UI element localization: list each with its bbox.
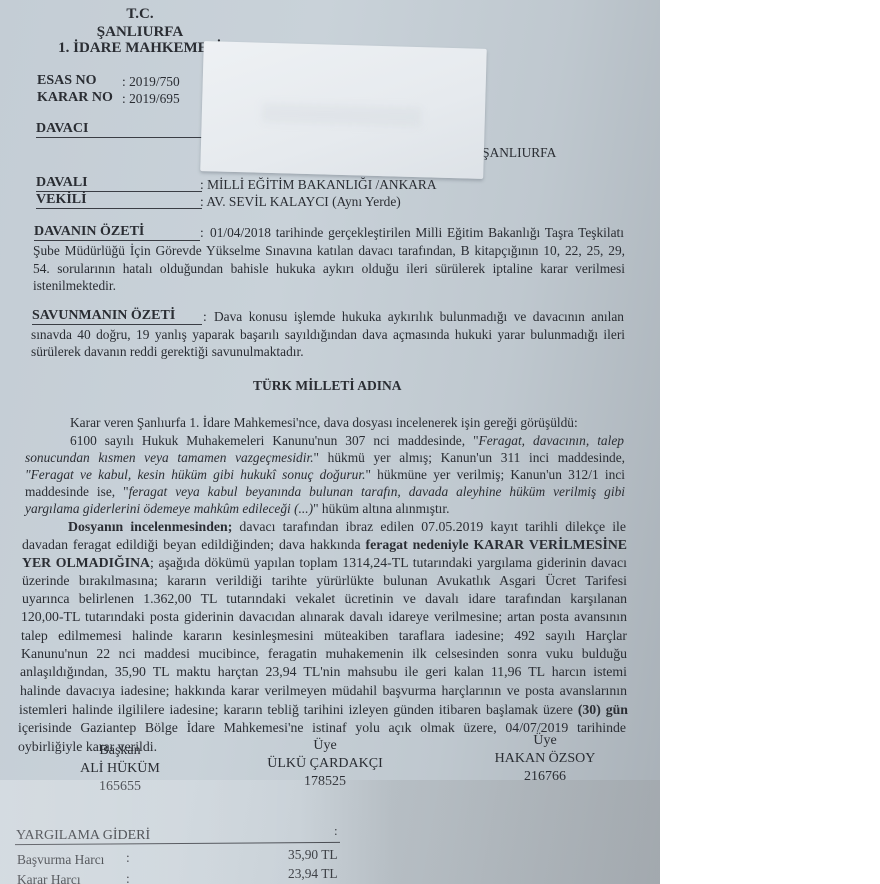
- savunmanin-ozeti-line-1: Dava konusu işlemde hukuka aykırılık bul…: [214, 309, 624, 325]
- text-run: " hüküm altına alınmıştır.: [313, 501, 449, 516]
- body-p3-line-10: halinde davacıya iadesine; hakkında kara…: [20, 683, 627, 699]
- davanin-ozeti-colon: :: [200, 225, 204, 241]
- text-run: " hükmü yer almış; Kanun'un 311 inci mad…: [314, 450, 625, 465]
- savunmanin-ozeti-colon: :: [203, 309, 207, 325]
- body-p3-line-1: Dosyanın incelenmesinden; davacı tarafın…: [68, 519, 626, 535]
- davanin-ozeti-line-3: 54. sorularının hatalı olduğundan bahisl…: [33, 261, 625, 277]
- text-run: davacı tarafından ibraz edilen 07.05.201…: [232, 519, 626, 534]
- karar-no-value: : 2019/695: [122, 91, 180, 107]
- davanin-ozeti-line-4: istenilmektedir.: [33, 278, 116, 294]
- davaci-underline: [36, 137, 202, 138]
- signature-role: Üye: [260, 737, 390, 755]
- signature-role: Başkan: [70, 742, 170, 760]
- body-p3-line-3: YER OLMADIĞINA; aşağıda dökümü yapılan t…: [22, 555, 627, 571]
- savunmanin-ozeti-line-2: sınavda 40 doğru, 19 yanlış yaparak başa…: [31, 327, 625, 343]
- bold-run: YER OLMADIĞINA: [22, 555, 150, 570]
- body-p2-line-4: maddesinde ise, "feragat veya kabul beya…: [25, 484, 625, 500]
- body-p3-line-6: 120,00-TL tutarındaki posta giderinin da…: [21, 609, 627, 625]
- signature-name: ÜLKÜ ÇARDAKÇI: [260, 755, 390, 773]
- text-run: " hükmüne yer verilmiş; Kanun'un 312/1 i…: [365, 467, 625, 482]
- signature-number: 178525: [260, 773, 390, 791]
- signature-member-1: Üye ÜLKÜ ÇARDAKÇI 178525: [260, 737, 390, 791]
- vekili-label: VEKİLİ: [36, 192, 87, 208]
- court-decision-document: T.C. ŞANLIURFA 1. İDARE MAHKEMESİ ESAS N…: [0, 0, 660, 884]
- bold-run: Dosyanın incelenmesinden;: [68, 519, 232, 534]
- esas-no-label: ESAS NO: [37, 73, 97, 89]
- header-city: ŞANLIURFA: [30, 24, 250, 41]
- redaction-sticker: [200, 41, 487, 179]
- document-title: TÜRK MİLLETİ ADINA: [253, 378, 402, 394]
- body-p2-line-1: 6100 sayılı Hukuk Muhakemeleri Kanunu'nu…: [70, 433, 624, 449]
- esas-no-value: : 2019/750: [122, 74, 180, 90]
- davanin-ozeti-line-1: 01/04/2018 tarihinde gerçekleştirilen Mi…: [210, 225, 624, 241]
- body-p3-line-4: üzerinde bırakılmasına; kararın verildiğ…: [22, 573, 627, 589]
- vekili-value: : AV. SEVİL KALAYCI (Aynı Yerde): [200, 194, 401, 210]
- body-p3-line-11: istemleri halinde ilgililere iadesine; k…: [19, 702, 628, 718]
- header-tc: T.C.: [30, 6, 250, 23]
- cost-row-value: 35,90 TL: [288, 847, 338, 863]
- text-run: maddesinde ise, ": [25, 484, 129, 499]
- body-p2-line-5: yargılama giderlerini ödemeye mahkûm edi…: [25, 501, 449, 517]
- davanin-ozeti-underline: [34, 240, 200, 241]
- cost-row-value: 23,94 TL: [288, 866, 338, 882]
- text-run: istemleri halinde ilgililere iadesine; k…: [19, 702, 578, 717]
- costs-title: YARGILAMA GİDERİ: [16, 828, 150, 844]
- cost-row-colon: :: [126, 850, 130, 866]
- signature-number: 165655: [70, 778, 170, 796]
- body-p3-line-9: anlaşıldığından, 35,90 TL maktu harçtan …: [20, 664, 627, 680]
- quote-run: sonucundan kısmen veya tamamen vazgeçmes…: [25, 450, 314, 465]
- body-p3-line-5: uyarınca belirlenen 1.362,00 TL tutarınd…: [22, 591, 627, 607]
- signature-role: Üye: [480, 732, 610, 750]
- bold-run: (30) gün: [578, 702, 628, 717]
- davanin-ozeti-line-2: Şube Müdürlüğü İçin Görevde Yükselme Sın…: [33, 243, 625, 259]
- signature-name: HAKAN ÖZSOY: [480, 750, 610, 768]
- karar-no-label: KARAR NO: [37, 90, 113, 106]
- text-run: 6100 sayılı Hukuk Muhakemeleri Kanunu'nu…: [70, 433, 479, 448]
- davali-label: DAVALI: [36, 175, 88, 191]
- davali-value: : MİLLİ EĞİTİM BAKANLIĞI /ANKARA: [200, 177, 437, 193]
- davaci-label: DAVACI: [36, 121, 88, 137]
- quote-run: yargılama giderlerini ödemeye mahkûm edi…: [25, 501, 313, 516]
- vekili-underline: [36, 208, 202, 209]
- signature-number: 216766: [480, 768, 610, 786]
- body-p2-line-2: sonucundan kısmen veya tamamen vazgeçmes…: [25, 450, 625, 466]
- quote-run: "Feragat ve kabul, kesin hüküm gibi huku…: [25, 467, 365, 482]
- quote-run: Feragat, davacının, talep: [479, 433, 624, 448]
- cost-row-label: Karar Harcı: [17, 872, 81, 884]
- quote-run: feragat veya kabul beyanında bulunan tar…: [129, 484, 625, 499]
- cost-row-label: Başvurma Harcı: [17, 852, 104, 868]
- body-p3-line-2: davadan feragat edildiği beyan edildiğin…: [22, 537, 627, 553]
- text-run: davadan feragat edildiği beyan edildiğin…: [22, 537, 366, 552]
- body-p3-line-8: Kanunu'nun 22 nci maddesi mucibince, fer…: [21, 646, 627, 662]
- cost-row-colon: :: [126, 871, 130, 884]
- signature-name: ALİ HÜKÜM: [70, 760, 170, 778]
- costs-title-colon: :: [334, 823, 338, 839]
- savunmanin-ozeti-underline: [32, 324, 202, 325]
- text-run: ; aşağıda dökümü yapılan toplam 1314,24-…: [150, 555, 627, 570]
- davanin-ozeti-label: DAVANIN ÖZETİ: [34, 224, 144, 240]
- signature-member-2: Üye HAKAN ÖZSOY 216766: [480, 732, 610, 786]
- savunmanin-ozeti-line-3: sürülerek davanın reddi gerektiği savunu…: [31, 344, 304, 360]
- bold-run: feragat nedeniyle KARAR VERİLMESİNE: [366, 537, 627, 552]
- savunmanin-ozeti-label: SAVUNMANIN ÖZETİ: [32, 308, 175, 324]
- body-paragraph-1: Karar veren Şanlıurfa 1. İdare Mahkemesi…: [70, 415, 578, 431]
- body-p3-line-7: talep edilmemesi halinde kararın kesinle…: [21, 628, 627, 644]
- body-p2-line-3: "Feragat ve kabul, kesin hüküm gibi huku…: [25, 467, 625, 483]
- signature-president: Başkan ALİ HÜKÜM 165655: [70, 742, 170, 796]
